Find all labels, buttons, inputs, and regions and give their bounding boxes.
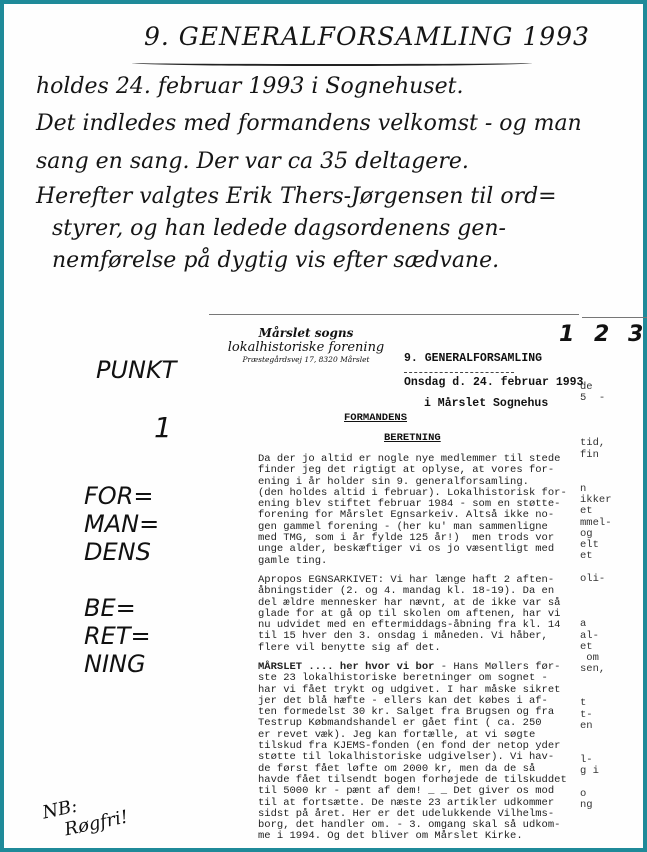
margin-note-formandens-beretning: FOR=MAN=DENS BE=RET=NING xyxy=(84,482,159,678)
handwritten-line: nemførelse på dygtig vis efter sædvane. xyxy=(52,248,499,273)
paragraph-lead: MÅRSLET .... her hvor vi bor xyxy=(258,661,434,673)
handwritten-line: Det indledes med formandens velkomst - o… xyxy=(36,111,582,136)
meeting-place: i Mårslet Sognehus xyxy=(424,397,548,410)
paragraph-body: - Hans Møllers før- ste 23 lokalhistoris… xyxy=(258,661,567,842)
page-edge-line xyxy=(209,314,579,315)
report-paragraph-1: Da der jo altid er nogle nye medlemmer t… xyxy=(258,454,567,567)
margin-note-punkt: PUNKT xyxy=(96,356,176,384)
letterhead-subtitle: lokalhistoriske forening xyxy=(226,340,386,355)
letterhead-address: Præstegårdsvej 17, 8320 Mårslet xyxy=(226,355,386,364)
title-underline xyxy=(132,60,532,66)
note-no-smoking: NB: Røgfri! xyxy=(41,786,130,844)
page-number: 2 xyxy=(594,322,609,347)
report-heading: BERETNING xyxy=(384,432,441,444)
report-paragraph-3: MÅRSLET .... her hvor vi bor - Hans Møll… xyxy=(258,662,567,843)
handwritten-line: sang en sang. Der var ca 35 deltagere. xyxy=(36,149,469,174)
report-heading: FORMANDENS xyxy=(344,412,407,424)
page-number: 3 xyxy=(628,322,643,347)
margin-note-line: FOR= xyxy=(84,482,159,510)
handwritten-line: styrer, og han ledede dagsordenens gen- xyxy=(52,216,506,241)
margin-note-line: MAN= xyxy=(84,510,159,538)
margin-note-line: DENS xyxy=(84,538,159,566)
margin-note-number: 1 xyxy=(154,414,172,442)
meeting-date: Onsdag d. 24. februar 1993 xyxy=(404,376,583,389)
report-paragraph-2: Apropos EGNSARKIVET: Vi har længe haft 2… xyxy=(258,575,560,654)
page-edge-line xyxy=(582,317,647,318)
underlying-page-fragments: de 5 - tid, fin n ikker et mmel- og elt … xyxy=(580,382,612,811)
margin-note-line xyxy=(84,566,159,594)
handwritten-line: Herefter valgtes Erik Thers-Jørgensen ti… xyxy=(36,184,557,209)
handwritten-title: 9. GENERALFORSAMLING 1993 xyxy=(144,22,590,51)
margin-note-line: BE= xyxy=(84,594,159,622)
scanned-document-frame: 9. GENERALFORSAMLING 1993 holdes 24. feb… xyxy=(0,0,647,852)
title-dashes xyxy=(404,372,514,373)
letterhead-name: Mårslet sogns xyxy=(226,326,386,340)
margin-note-line: NING xyxy=(84,650,159,678)
meeting-title: 9. GENERALFORSAMLING xyxy=(404,352,542,365)
margin-note-line: RET= xyxy=(84,622,159,650)
page-number: 1 xyxy=(559,322,574,347)
letterhead: Mårslet sogns lokalhistoriske forening P… xyxy=(226,326,386,364)
handwritten-line: holdes 24. februar 1993 i Sognehuset. xyxy=(36,74,463,99)
